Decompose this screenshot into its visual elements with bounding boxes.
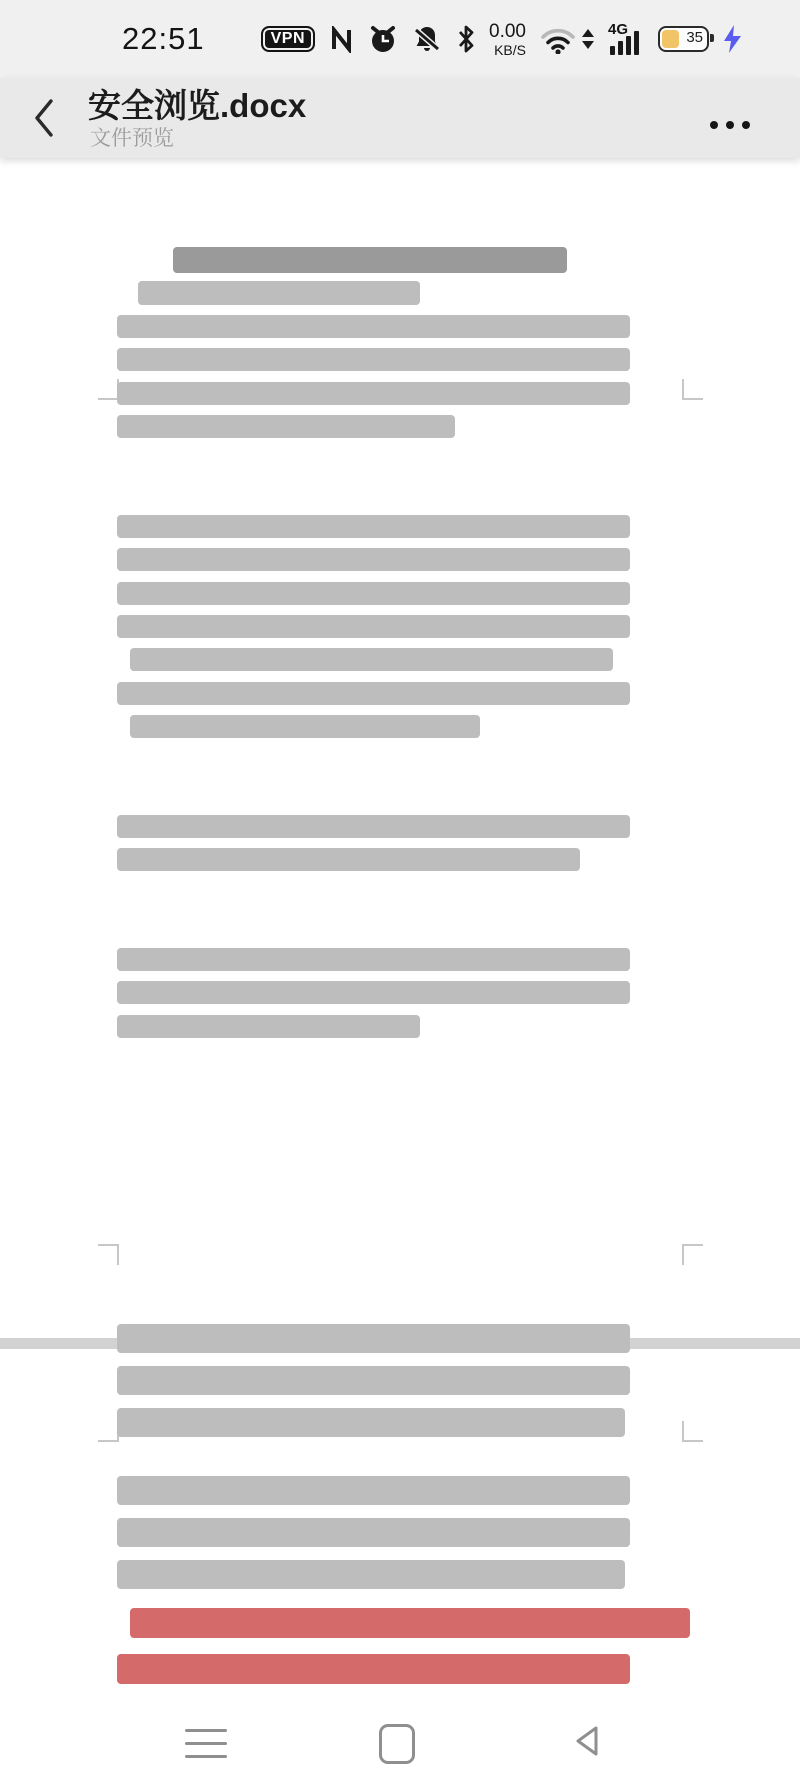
redacted-text-line-package-5 (117, 1408, 625, 1437)
data-arrows-icon (582, 29, 594, 49)
document-preview[interactable] (0, 158, 800, 1787)
alarm-icon (368, 24, 398, 54)
chevron-left-icon (32, 97, 56, 144)
redacted-text-line-package-3 (117, 815, 630, 838)
redacted-text-line-package-2 (117, 515, 630, 538)
more-dots-icon (710, 121, 718, 129)
page-corner-mark (98, 379, 119, 400)
status-icons: VPN 0.00 KB/S (261, 0, 742, 78)
page-corner-mark (682, 1421, 703, 1442)
page-corner-mark (682, 1244, 703, 1265)
page-corner-mark (682, 379, 703, 400)
clock: 22:51 (122, 0, 205, 78)
document-title: 安全浏览.docx (88, 80, 306, 127)
back-nav-button[interactable] (527, 1700, 647, 1787)
redacted-text-line-heading-line (173, 247, 567, 273)
redacted-text-line-package-6 (117, 1476, 630, 1505)
page-corner-mark (98, 1421, 119, 1442)
back-button[interactable] (24, 94, 64, 146)
recent-apps-button[interactable] (146, 1700, 266, 1787)
recent-apps-icon (185, 1729, 227, 1758)
app-header: 安全浏览.docx 文件预览 (0, 78, 800, 158)
redacted-text-line-package-2 (117, 548, 630, 571)
redacted-text-line-red-notice (130, 1608, 690, 1638)
redacted-text-line-package-1 (117, 415, 455, 438)
redacted-text-line-red-notice (117, 1654, 630, 1684)
redacted-text-line-package-2 (130, 648, 613, 671)
battery-fill (662, 30, 679, 48)
wifi-icon (540, 24, 576, 54)
network-speed: 0.00 KB/S (489, 22, 526, 57)
muted-bell-icon (412, 24, 443, 54)
battery-percent: 35 (686, 28, 703, 46)
page-corner-mark (98, 1244, 119, 1265)
redacted-text-line-package-2 (117, 615, 630, 638)
redacted-text-line-package-1 (117, 348, 630, 371)
redacted-text-line-package-1 (117, 315, 630, 338)
back-triangle-icon (571, 1723, 603, 1764)
home-button[interactable] (337, 1700, 457, 1787)
redacted-text-line-package-2 (117, 582, 630, 605)
redacted-text-line-package-5 (117, 1366, 630, 1395)
redacted-text-line-package-2 (130, 715, 480, 738)
redacted-text-line-package-5 (117, 1324, 630, 1353)
battery-icon: 35 (658, 26, 709, 52)
vpn-badge: VPN (261, 26, 315, 52)
redacted-text-line-package-1 (117, 382, 630, 405)
home-icon (379, 1724, 415, 1764)
battery-nub (710, 34, 714, 42)
signal-bars (610, 31, 639, 55)
redacted-text-line-package-4 (117, 981, 630, 1004)
redacted-text-line-package-2 (117, 682, 630, 705)
more-menu-button[interactable] (710, 110, 766, 140)
nfc-icon (329, 26, 354, 53)
signal-icon: 4G (608, 23, 644, 55)
redacted-text-line-package-4 (117, 1015, 420, 1038)
redacted-text-line-package-6 (117, 1518, 630, 1547)
network-speed-value: 0.00 (489, 22, 526, 41)
status-bar: 22:51 VPN 0.00 KB/S (0, 0, 800, 78)
nav-bar (0, 1700, 800, 1787)
redacted-text-line-package-3 (117, 848, 580, 871)
redacted-text-line-hours-line (138, 281, 420, 305)
bluetooth-icon (457, 24, 475, 54)
redacted-text-line-package-6 (117, 1560, 625, 1589)
preview-label: 文件预览 (90, 122, 174, 152)
redacted-text-line-package-4 (117, 948, 630, 971)
network-speed-unit: KB/S (494, 43, 526, 57)
charging-icon (723, 25, 742, 53)
